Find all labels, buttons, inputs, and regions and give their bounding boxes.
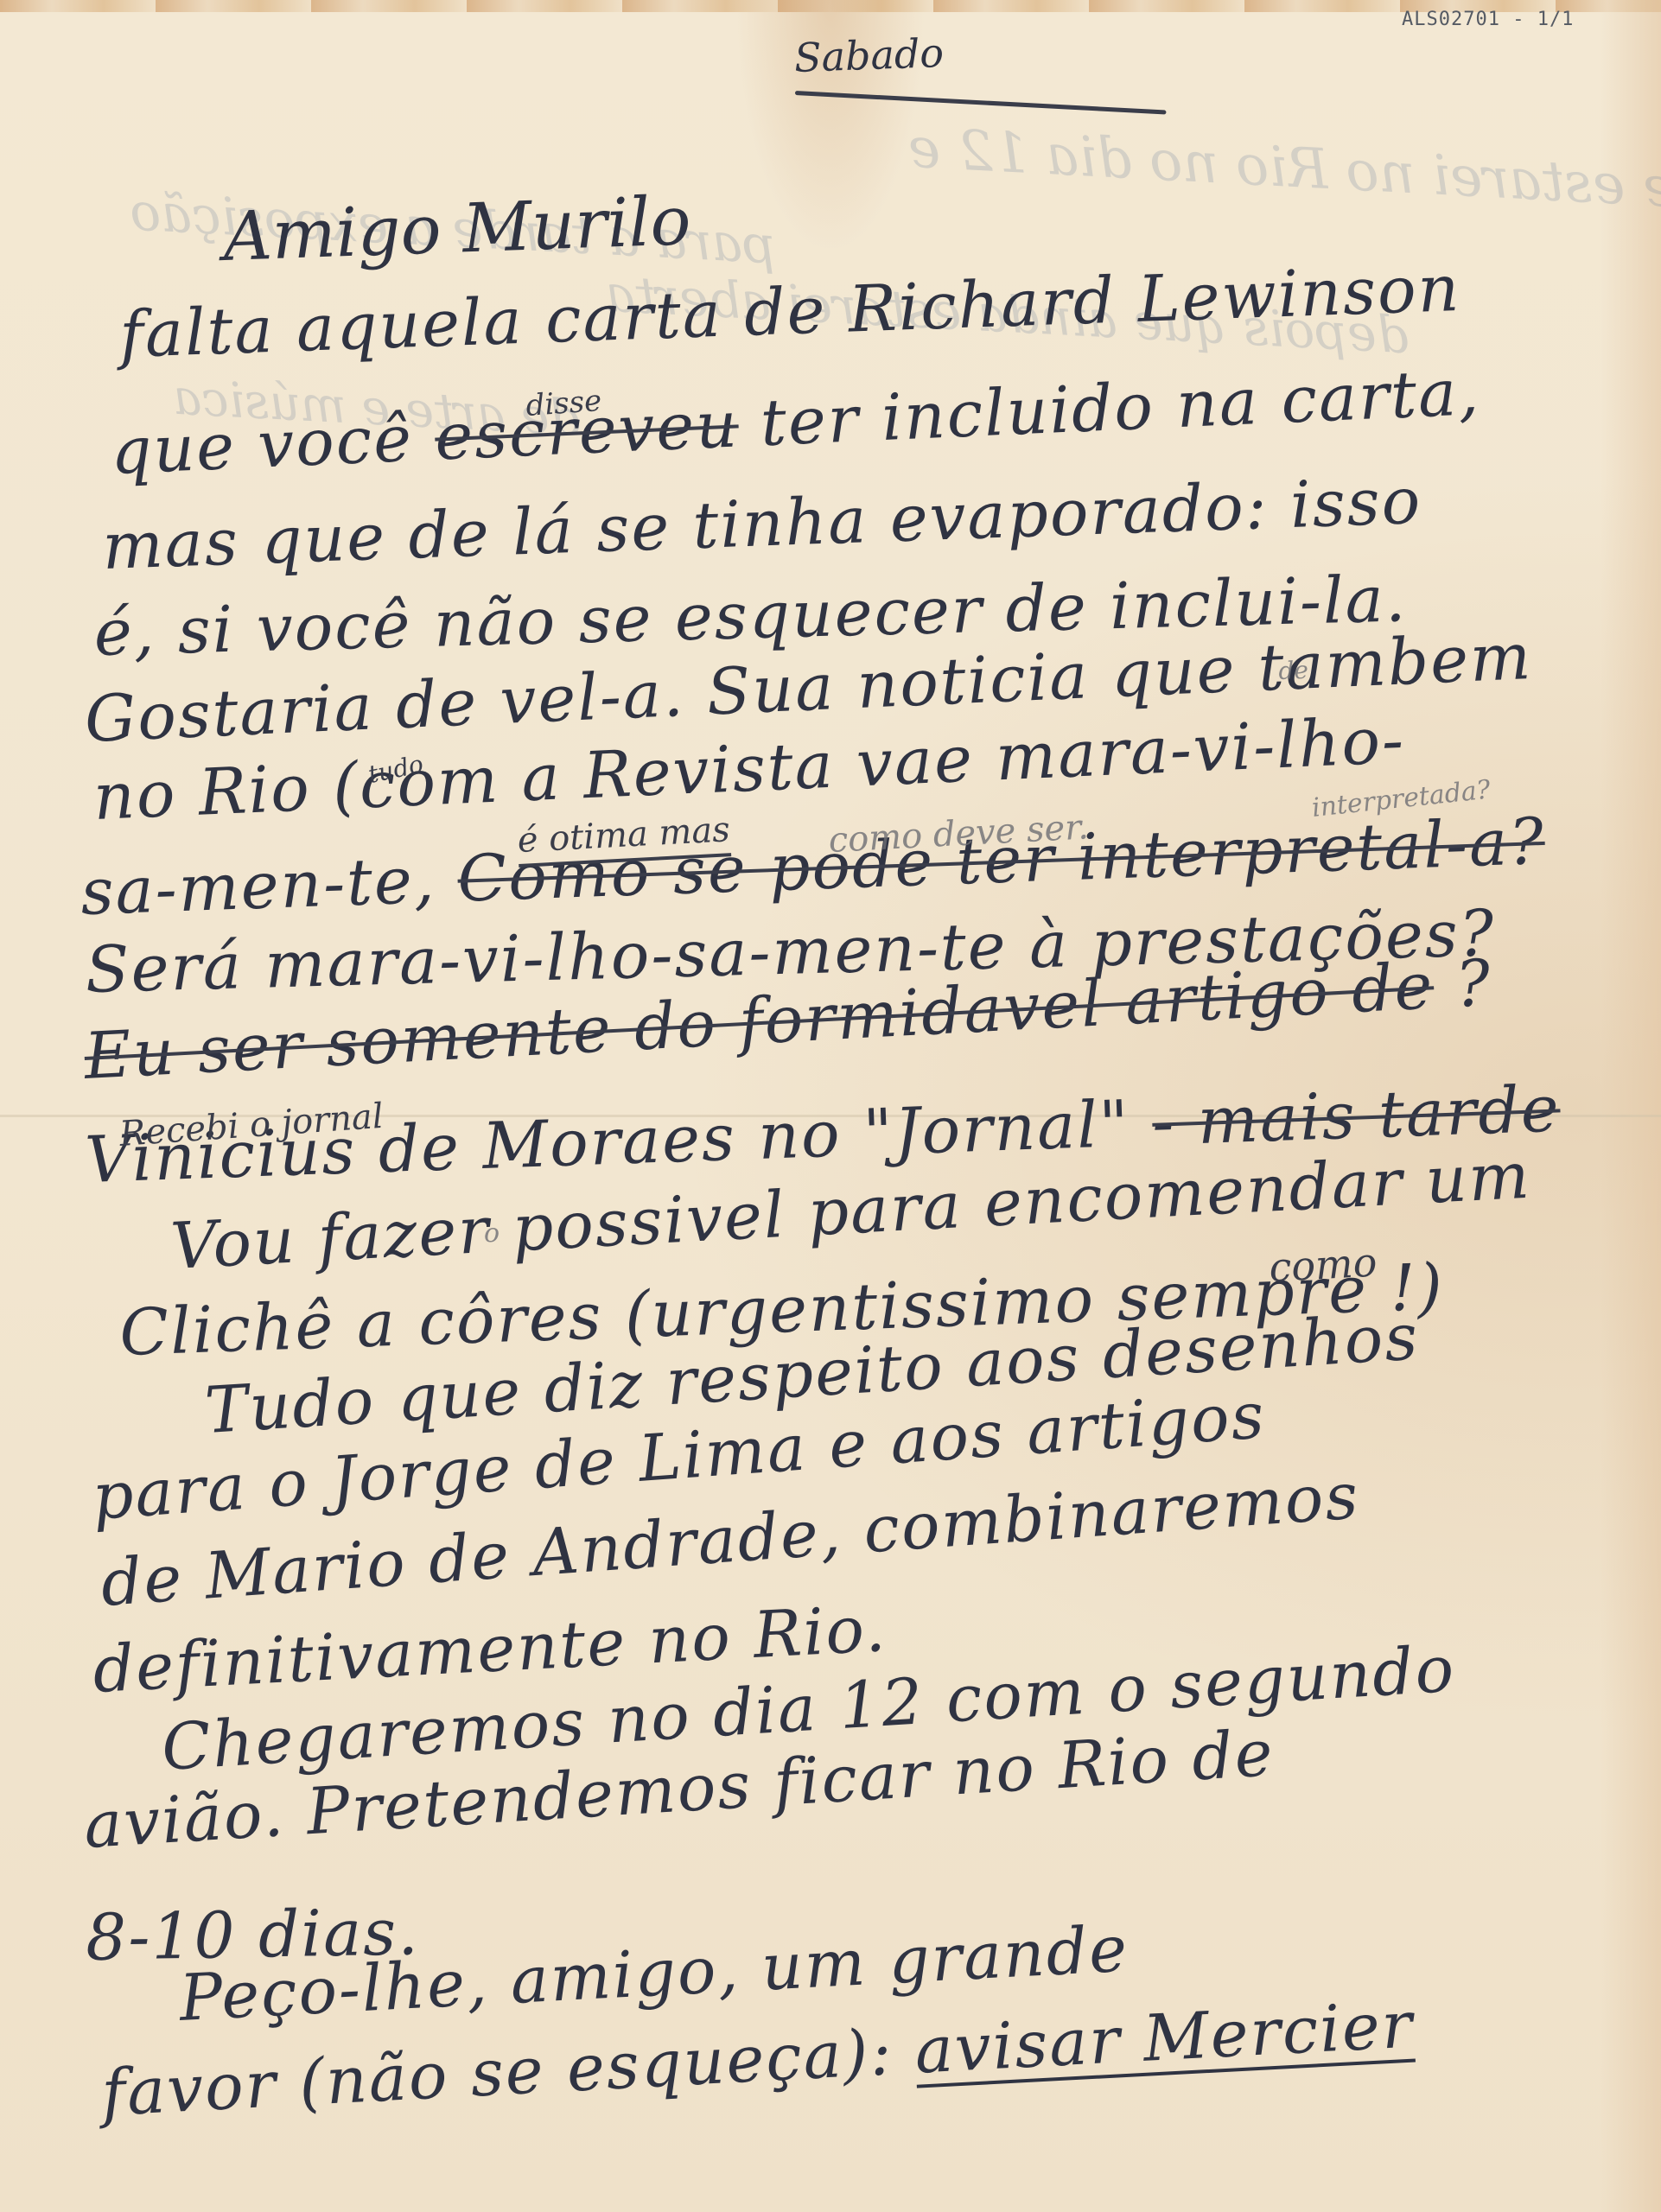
line-text: sa-men-te, xyxy=(80,842,459,930)
date-heading: Sabado xyxy=(793,29,945,81)
greeting: Amigo Murilo xyxy=(222,182,692,276)
archive-label: ALS02701 - 1/1 xyxy=(1402,9,1574,30)
line-text: que você xyxy=(109,401,436,489)
interlinear-insertion: como xyxy=(1268,1239,1378,1291)
pencil-insertion: de xyxy=(1278,656,1309,685)
line-text: ? xyxy=(1432,946,1494,1023)
pencil-insertion: o xyxy=(484,1218,500,1249)
right-edge-discoloration xyxy=(1601,0,1661,2212)
interlinear-insertion: disse xyxy=(525,384,602,423)
